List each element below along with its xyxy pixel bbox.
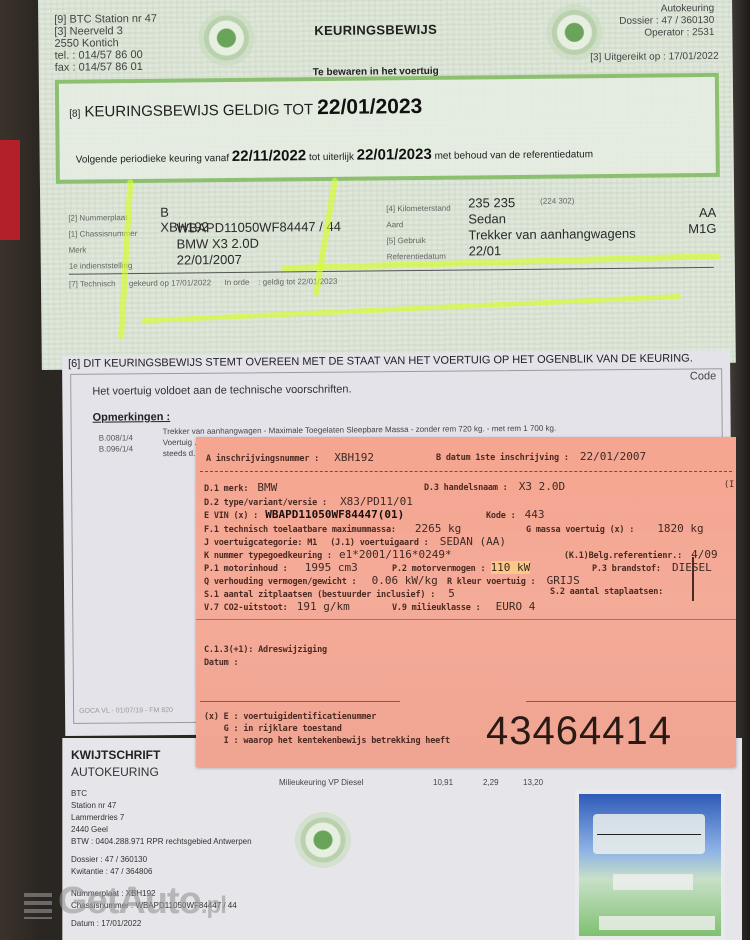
validity-date: 22/01/2023 [317, 95, 422, 120]
field-D1: D.1 merk: BMW [204, 481, 277, 494]
field-V9: V.9 milieuklasse : EURO 4 [392, 600, 535, 613]
fee-vat: 2,29 [483, 778, 499, 787]
fee-net: 10,91 [433, 778, 453, 787]
remarks-header: Opmerkingen : [92, 411, 170, 424]
receipt-subtitle: AUTOKEURING [71, 765, 159, 779]
legend-E: (x) E : voertuigidentificatienummer [204, 712, 376, 722]
watermark: GetAuto.pl [22, 880, 226, 923]
inspection-certificate: [9] BTC Station nr 47 [3] Neerveld 3 255… [38, 0, 736, 370]
field-C13: C.1.3(+1): Adreswijziging [204, 645, 327, 655]
dossier-info: Autokeuring Dossier : 47 / 360130 Operat… [619, 3, 714, 40]
field-D2: D.2 type/variant/versie : X83/PD11/01 [204, 495, 413, 508]
remark-item: steeds d... [99, 449, 133, 460]
field-P1: P.1 motorinhoud : 1995 cm3 [204, 561, 358, 574]
goca-eye-logo-icon [295, 812, 351, 868]
conformity-title: [6] DIT KEURINGSBEWIJS STEMT OVEREEN MET… [68, 352, 693, 369]
card-field [613, 874, 693, 890]
legend-I: I : waarop het kentekenbewijs betrekking… [204, 736, 450, 746]
field-S1: S.1 aantal zitplaatsen (bestuurder inclu… [204, 587, 455, 600]
field-E-vin: E VIN (x) : WBAPD11050WF84447(01) [204, 508, 404, 521]
field-kode: Kode : 443 [486, 508, 545, 521]
field-datum: Datum : [204, 658, 238, 668]
remark-item: B.096/1/4 Voertuig ... [99, 438, 133, 449]
field-D3: D.3 handelsnaam : X3 2.0D [424, 480, 565, 493]
card-line [597, 834, 701, 835]
fee-item: Milieukeuring VP Diesel [279, 778, 363, 787]
field-D3-extra: (I [724, 480, 734, 490]
validity-box: [8] KEURINGSBEWIJS GELDIG TOT : 22/01/20… [55, 73, 720, 184]
red-booklet-edge [0, 140, 20, 240]
remark-item: B.008/1/4 Trekker van aanhangwagen - Max… [99, 427, 133, 438]
blue-card-insert [575, 790, 725, 940]
field-G: G massa voertuig (x) : 1820 kg [526, 522, 704, 535]
field-K: K nummer typegoedkeuring : e1*2001/116*0… [204, 548, 452, 561]
receipt-title: KWIJTSCHRIFT [71, 748, 160, 762]
station-address: [9] BTC Station nr 47 [3] Neerveld 3 255… [54, 13, 157, 74]
field-A: A inschrijvingsnummer : XBH192 [206, 451, 374, 464]
registration-certificate: A inschrijvingsnummer : XBH192 B datum 1… [196, 437, 736, 767]
next-inspection-line: Volgende periodieke keuring vanaf 22/11/… [76, 144, 594, 166]
field-K1: (K.1)Belg.referentienr.: 4/09 [564, 548, 718, 561]
field-B: B datum 1ste inschrijving : 22/01/2007 [436, 450, 646, 463]
legend-G: G : in rijklare toestand [204, 724, 342, 734]
document-title: KEURINGSBEWIJS [314, 22, 437, 38]
divider [196, 619, 736, 620]
fee-total: 13,20 [523, 778, 543, 787]
pen-mark [692, 557, 694, 601]
field-J: J voertuigcategorie: M1 (J.1) voertuigaa… [204, 535, 506, 548]
vehicle-data-right: [4] Kilometerstand 235 235 (224 302) Aar… [386, 195, 717, 262]
validity-label: [8] KEURINGSBEWIJS GELDIG TOT : [69, 101, 321, 121]
form-footer: GOCA VL - 01/07/19 - FM 820 [79, 707, 173, 715]
code-header: Code [690, 370, 716, 382]
field-P2: P.2 motorvermogen : 110 kW [392, 561, 530, 574]
conformity-ok-text: Het voertuig voldoet aan de technische v… [92, 383, 351, 397]
card-field [599, 916, 715, 930]
divider [526, 701, 736, 702]
divider [200, 701, 400, 702]
field-V7: V.7 CO2-uitstoot: 191 g/km [204, 600, 350, 613]
field-S2: S.2 aantal staplaatsen: [550, 587, 663, 597]
remarks-list: B.008/1/4 Trekker van aanhangwagen - Max… [99, 427, 134, 460]
field-F1: F.1 technisch toelaatbare maximummassa: … [204, 522, 461, 535]
issued-date: [3] Uitgereikt op : 17/01/2022 [590, 51, 719, 63]
field-Q: Q verhouding vermogen/gewicht : 0.06 kW/… [204, 574, 580, 587]
goca-eye-logo-icon [198, 10, 255, 67]
document-serial-number: 43464414 [486, 709, 672, 754]
dashed-divider [200, 471, 732, 472]
